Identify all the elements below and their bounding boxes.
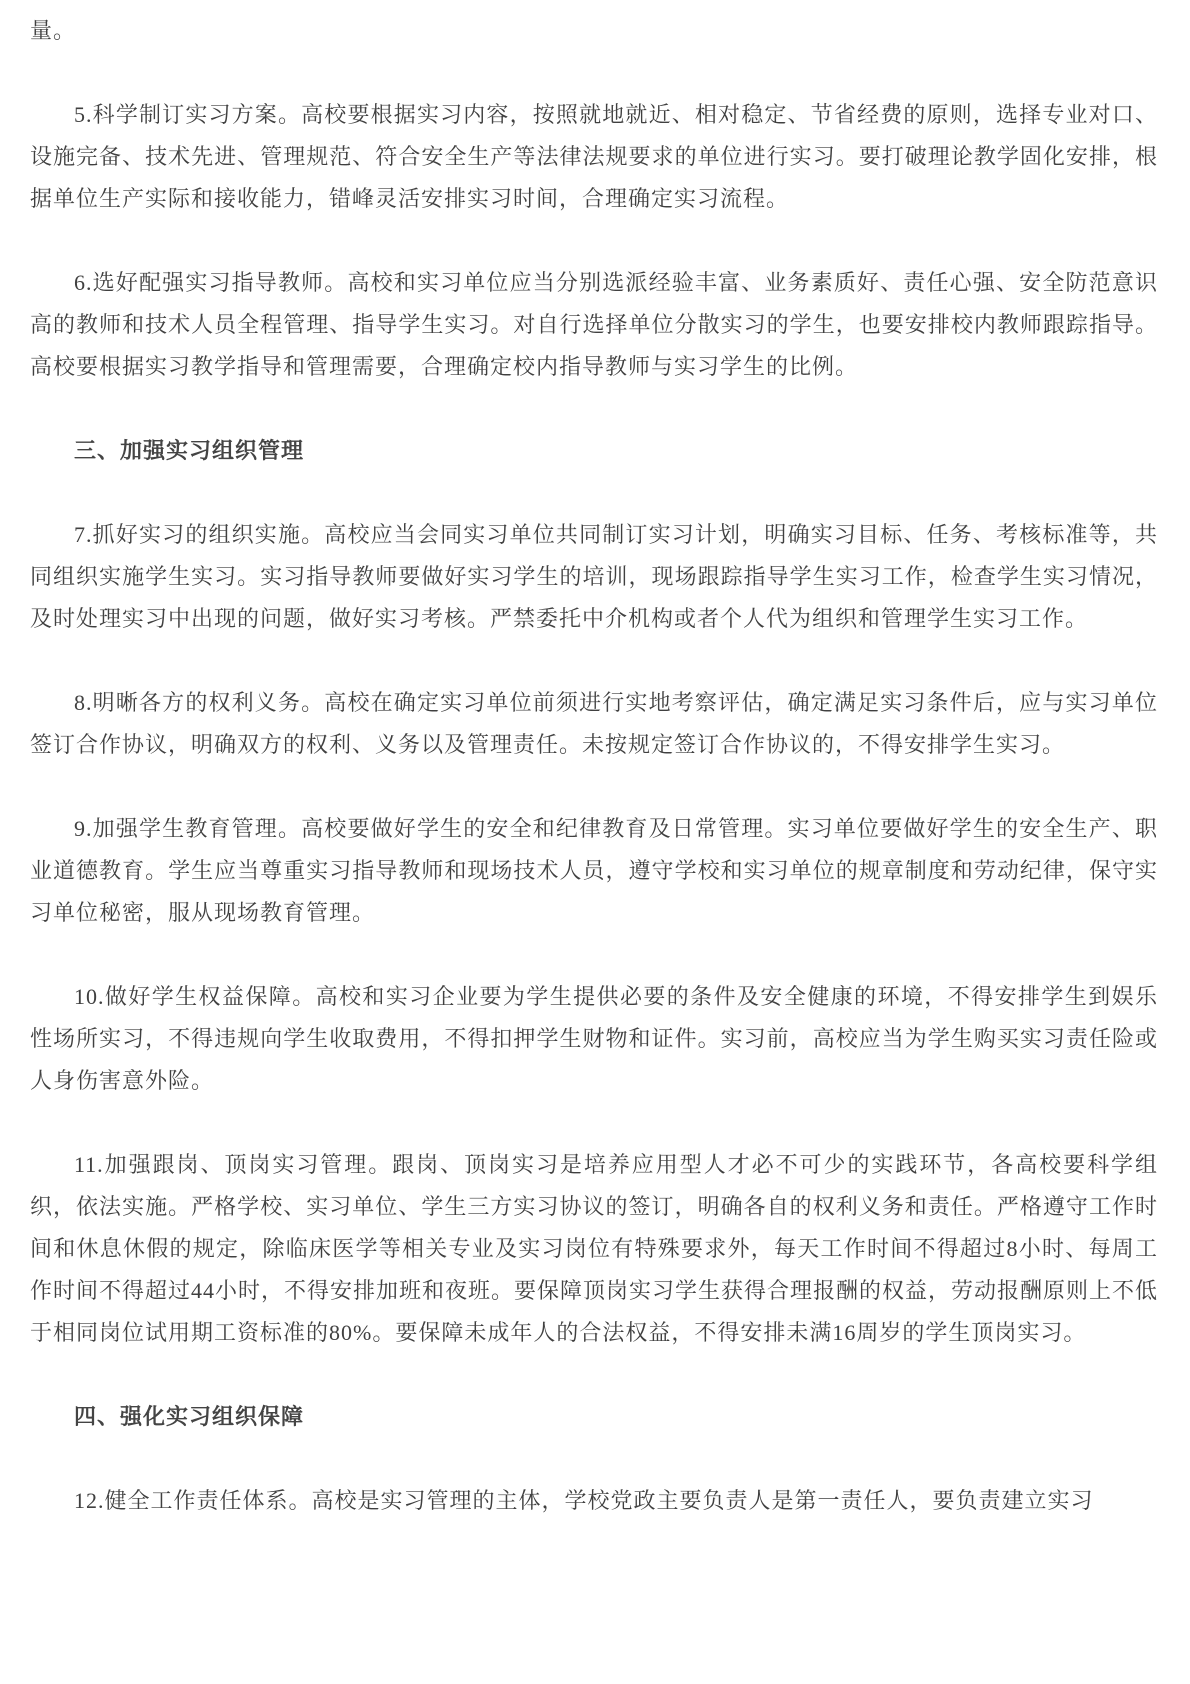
paragraph-11: 11.加强跟岗、顶岗实习管理。跟岗、顶岗实习是培养应用型人才必不可少的实践环节，… xyxy=(30,1144,1158,1354)
paragraph-9: 9.加强学生教育管理。高校要做好学生的安全和纪律教育及日常管理。实习单位要做好学… xyxy=(30,808,1158,934)
paragraph-12: 12.健全工作责任体系。高校是实习管理的主体，学校党政主要负责人是第一责任人，要… xyxy=(30,1480,1158,1522)
document-page: 量。 5.科学制订实习方案。高校要根据实习内容，按照就地就近、相对稳定、节省经费… xyxy=(0,0,1190,1684)
section-heading-4: 四、强化实习组织保障 xyxy=(30,1396,1158,1438)
paragraph-8: 8.明晰各方的权利义务。高校在确定实习单位前须进行实地考察评估，确定满足实习条件… xyxy=(30,682,1158,766)
section-heading-3: 三、加强实习组织管理 xyxy=(30,430,1158,472)
paragraph-7: 7.抓好实习的组织实施。高校应当会同实习单位共同制订实习计划，明确实习目标、任务… xyxy=(30,514,1158,640)
paragraph-10: 10.做好学生权益保障。高校和实习企业要为学生提供必要的条件及安全健康的环境，不… xyxy=(30,976,1158,1102)
paragraph-continuation: 量。 xyxy=(30,10,1158,52)
paragraph-5: 5.科学制订实习方案。高校要根据实习内容，按照就地就近、相对稳定、节省经费的原则… xyxy=(30,94,1158,220)
paragraph-6: 6.选好配强实习指导教师。高校和实习单位应当分别选派经验丰富、业务素质好、责任心… xyxy=(30,262,1158,388)
